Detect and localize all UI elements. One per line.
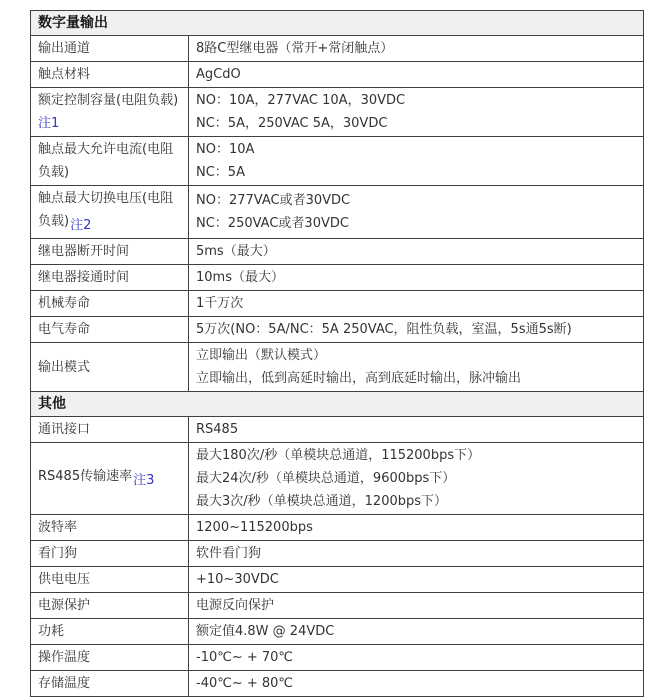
table-row: RS485传输速率注3最大180次/秒（单模块总通道，115200bps下）最大…	[31, 443, 644, 515]
section-header: 其他	[31, 392, 644, 417]
spec-label: 供电电压	[38, 572, 90, 587]
spec-value-cell: NO：10A，277VAC 10A，30VDCNC：5A，250VAC 5A，3…	[189, 88, 644, 137]
spec-value: 额定值4.8W @ 24VDC	[196, 620, 636, 643]
spec-value: 10ms（最大）	[196, 266, 636, 289]
spec-value: 立即输出，低到高延时输出，高到底延时输出，脉冲输出	[196, 367, 636, 390]
table-row: 通讯接口RS485	[31, 417, 644, 443]
spec-table: 数字量输出输出通道8路C型继电器（常开+常闭触点）触点材料AgCdO额定控制容量…	[30, 10, 644, 697]
spec-value: 1千万次	[196, 292, 636, 315]
spec-value-cell: 电源反向保护	[189, 593, 644, 619]
footnote-ref: 注1	[38, 112, 181, 135]
section-header-row: 其他	[31, 392, 644, 417]
table-row: 输出通道8路C型继电器（常开+常闭触点）	[31, 36, 644, 62]
table-row: 触点最大切换电压(电阻负载)注2NO：277VAC或者30VDCNC：250VA…	[31, 186, 644, 239]
spec-value-cell: 1200~115200bps	[189, 515, 644, 541]
spec-label-cell: 额定控制容量(电阻负载)注1	[31, 88, 189, 137]
spec-label-cell: 继电器断开时间	[31, 239, 189, 265]
spec-label-cell: 操作温度	[31, 645, 189, 671]
table-row: 继电器接通时间10ms（最大）	[31, 265, 644, 291]
spec-label-cell: 触点最大允许电流(电阻负载)	[31, 137, 189, 186]
table-row: 操作温度-10℃~ + 70℃	[31, 645, 644, 671]
spec-value: 5ms（最大）	[196, 240, 636, 263]
table-row: 触点最大允许电流(电阻负载)NO：10ANC：5A	[31, 137, 644, 186]
spec-sheet-page: 数字量输出输出通道8路C型继电器（常开+常闭触点）触点材料AgCdO额定控制容量…	[30, 10, 644, 697]
spec-value: NO：10A	[196, 138, 636, 161]
table-row: 功耗额定值4.8W @ 24VDC	[31, 619, 644, 645]
spec-value: 8路C型继电器（常开+常闭触点）	[196, 37, 636, 60]
spec-label: 机械寿命	[38, 296, 90, 311]
spec-label: 触点最大允许电流(电阻负载)	[38, 142, 173, 180]
table-row: 看门狗软件看门狗	[31, 541, 644, 567]
spec-value-cell: AgCdO	[189, 62, 644, 88]
spec-value: 1200~115200bps	[196, 516, 636, 539]
table-row: 波特率1200~115200bps	[31, 515, 644, 541]
spec-label-cell: RS485传输速率注3	[31, 443, 189, 515]
spec-value-cell: 8路C型继电器（常开+常闭触点）	[189, 36, 644, 62]
spec-value: NO：10A，277VAC 10A，30VDC	[196, 89, 636, 112]
spec-value: +10~30VDC	[196, 568, 636, 591]
spec-label: 波特率	[38, 520, 77, 535]
spec-label-cell: 供电电压	[31, 567, 189, 593]
spec-label: 存储温度	[38, 676, 90, 691]
spec-label-cell: 触点最大切换电压(电阻负载)注2	[31, 186, 189, 239]
spec-label-cell: 存储温度	[31, 671, 189, 697]
table-row: 继电器断开时间5ms（最大）	[31, 239, 644, 265]
spec-value-cell: -40℃~ + 80℃	[189, 671, 644, 697]
table-row: 机械寿命1千万次	[31, 291, 644, 317]
spec-label: 触点最大切换电压(电阻负载)	[38, 191, 173, 229]
spec-value: 最大3次/秒（单模块总通道，1200bps下）	[196, 490, 636, 513]
table-row: 电气寿命5万次(NO：5A/NC：5A 250VAC，阻性负载，室温，5s通5s…	[31, 317, 644, 343]
table-row: 存储温度-40℃~ + 80℃	[31, 671, 644, 697]
spec-value: AgCdO	[196, 63, 636, 86]
spec-label-cell: 电气寿命	[31, 317, 189, 343]
spec-value-cell: 10ms（最大）	[189, 265, 644, 291]
spec-label: 通讯接口	[38, 422, 90, 437]
spec-value: 电源反向保护	[196, 594, 636, 617]
spec-label-cell: 波特率	[31, 515, 189, 541]
spec-value-cell: -10℃~ + 70℃	[189, 645, 644, 671]
spec-label-cell: 电源保护	[31, 593, 189, 619]
spec-value-cell: 5ms（最大）	[189, 239, 644, 265]
section-header-row: 数字量输出	[31, 11, 644, 36]
spec-value: 软件看门狗	[196, 542, 636, 565]
spec-value-cell: NO：10ANC：5A	[189, 137, 644, 186]
spec-value: 最大24次/秒（单模块总通道，9600bps下）	[196, 467, 636, 490]
spec-value: -10℃~ + 70℃	[196, 646, 636, 669]
spec-value-cell: 软件看门狗	[189, 541, 644, 567]
spec-label-cell: 看门狗	[31, 541, 189, 567]
spec-value-cell: 1千万次	[189, 291, 644, 317]
spec-label: 额定控制容量(电阻负载)	[38, 93, 178, 108]
spec-value-cell: RS485	[189, 417, 644, 443]
spec-value: RS485	[196, 418, 636, 441]
table-row: 电源保护电源反向保护	[31, 593, 644, 619]
table-row: 触点材料AgCdO	[31, 62, 644, 88]
spec-value: NC：5A	[196, 161, 636, 184]
spec-label: 功耗	[38, 624, 64, 639]
spec-label: 继电器断开时间	[38, 244, 129, 259]
spec-label: 继电器接通时间	[38, 270, 129, 285]
spec-label: 输出通道	[38, 41, 90, 56]
spec-value: NC：250VAC或者30VDC	[196, 212, 636, 235]
footnote-ref: 注3	[133, 473, 154, 488]
spec-label: 触点材料	[38, 67, 90, 82]
table-row: 额定控制容量(电阻负载)注1NO：10A，277VAC 10A，30VDCNC：…	[31, 88, 644, 137]
table-row: 供电电压+10~30VDC	[31, 567, 644, 593]
spec-value: -40℃~ + 80℃	[196, 672, 636, 695]
spec-label: 电气寿命	[38, 322, 90, 337]
section-header: 数字量输出	[31, 11, 644, 36]
spec-value: NC：5A，250VAC 5A，30VDC	[196, 112, 636, 135]
spec-label-cell: 输出通道	[31, 36, 189, 62]
spec-value: NO：277VAC或者30VDC	[196, 189, 636, 212]
spec-label-cell: 机械寿命	[31, 291, 189, 317]
spec-label-cell: 功耗	[31, 619, 189, 645]
spec-label-cell: 触点材料	[31, 62, 189, 88]
spec-value: 最大180次/秒（单模块总通道，115200bps下）	[196, 444, 636, 467]
spec-label: 电源保护	[38, 598, 90, 613]
spec-label-cell: 通讯接口	[31, 417, 189, 443]
spec-value-cell: 最大180次/秒（单模块总通道，115200bps下）最大24次/秒（单模块总通…	[189, 443, 644, 515]
spec-value: 5万次(NO：5A/NC：5A 250VAC，阻性负载，室温，5s通5s断)	[196, 318, 636, 341]
spec-value: 立即输出（默认模式）	[196, 344, 636, 367]
spec-label: 操作温度	[38, 650, 90, 665]
table-row: 输出模式立即输出（默认模式）立即输出，低到高延时输出，高到底延时输出，脉冲输出	[31, 343, 644, 392]
spec-label: 看门狗	[38, 546, 77, 561]
spec-value-cell: 5万次(NO：5A/NC：5A 250VAC，阻性负载，室温，5s通5s断)	[189, 317, 644, 343]
footnote-ref: 注2	[70, 218, 91, 233]
spec-label-cell: 继电器接通时间	[31, 265, 189, 291]
spec-label: 输出模式	[38, 360, 90, 375]
spec-value-cell: NO：277VAC或者30VDCNC：250VAC或者30VDC	[189, 186, 644, 239]
spec-value-cell: 额定值4.8W @ 24VDC	[189, 619, 644, 645]
spec-label-cell: 输出模式	[31, 343, 189, 392]
spec-label: RS485传输速率	[38, 469, 132, 484]
spec-value-cell: 立即输出（默认模式）立即输出，低到高延时输出，高到底延时输出，脉冲输出	[189, 343, 644, 392]
spec-value-cell: +10~30VDC	[189, 567, 644, 593]
